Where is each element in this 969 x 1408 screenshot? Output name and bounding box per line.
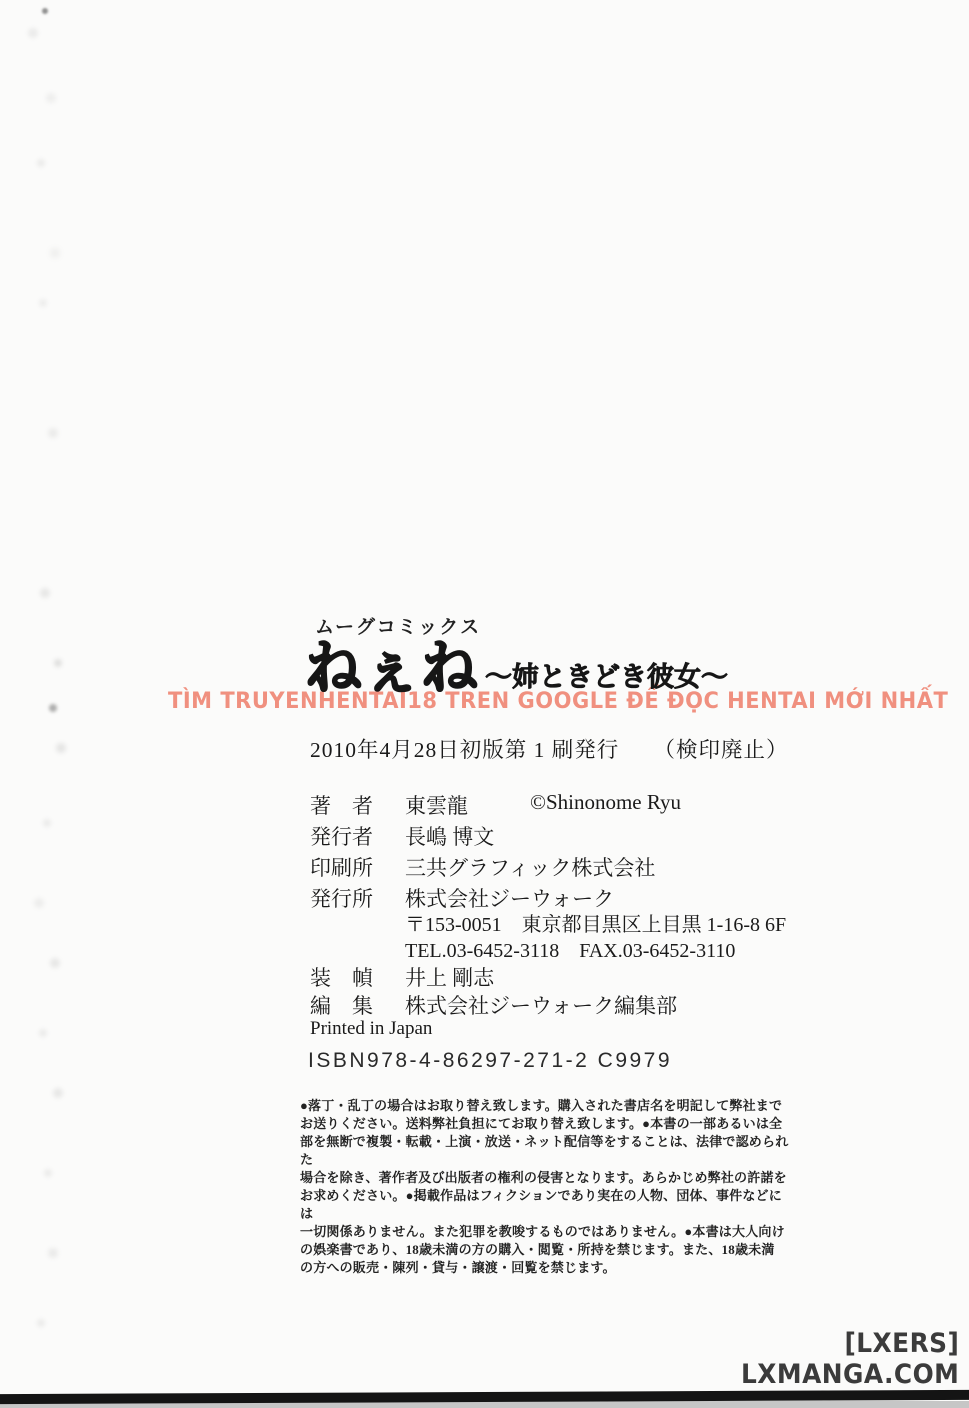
edition-line: 2010年4月28日初版第 1 刷発行 （検印廃止） — [310, 733, 789, 764]
publisher-address: 〒153-0051 東京都目黒区上目黒 1-16-8 6F — [405, 908, 786, 937]
legal-notice: ●落丁・乱丁の場合はお取り替え致します。購入された書店名を明記して弊社まで お送… — [300, 1097, 790, 1277]
publisher-phone: TEL.03-6452-3118 FAX.03-6452-3110 — [405, 934, 735, 963]
scan-edge-artifacts — [0, 0, 6, 6]
colophon-value: 井上 剛志 — [405, 962, 494, 992]
isbn-code: ISBN978-4-86297-271-2 C9979 — [308, 1049, 672, 1073]
colophon-value: 三共グラフィック株式会社 — [405, 852, 655, 882]
book-title: ねぇね — [305, 640, 479, 697]
colophon-label: 発行所 — [310, 883, 373, 913]
colophon-label: 印刷所 — [310, 852, 373, 882]
site-watermark: [LXERS] LXMANGA.COM — [741, 1328, 959, 1390]
colophon-label: 発行者 — [310, 821, 373, 851]
site-watermark-domain: LXMANGA.COM — [741, 1359, 959, 1390]
site-watermark-tag: [LXERS] — [741, 1328, 959, 1359]
printed-in-japan: Printed in Japan — [310, 1018, 432, 1040]
colophon-label: 編 集 — [310, 990, 373, 1020]
colophon-value: 株式会社ジーウォーク編集部 — [405, 990, 677, 1020]
scanned-colophon-page: { "page": { "series_label": "ムーグコミックス", … — [0, 0, 969, 1408]
copyright-credit: ©Shinonome Ryu — [530, 790, 681, 815]
book-subtitle: ～姉ときどき彼女～ — [485, 655, 728, 697]
title-block: ねぇね ～姉ときどき彼女～ — [305, 640, 728, 697]
colophon-label: 装 幀 — [310, 962, 373, 992]
colophon-value: 長嶋 博文 — [405, 821, 494, 851]
colophon-label: 著 者 — [310, 790, 373, 820]
colophon-value: 東雲龍 — [405, 790, 468, 820]
